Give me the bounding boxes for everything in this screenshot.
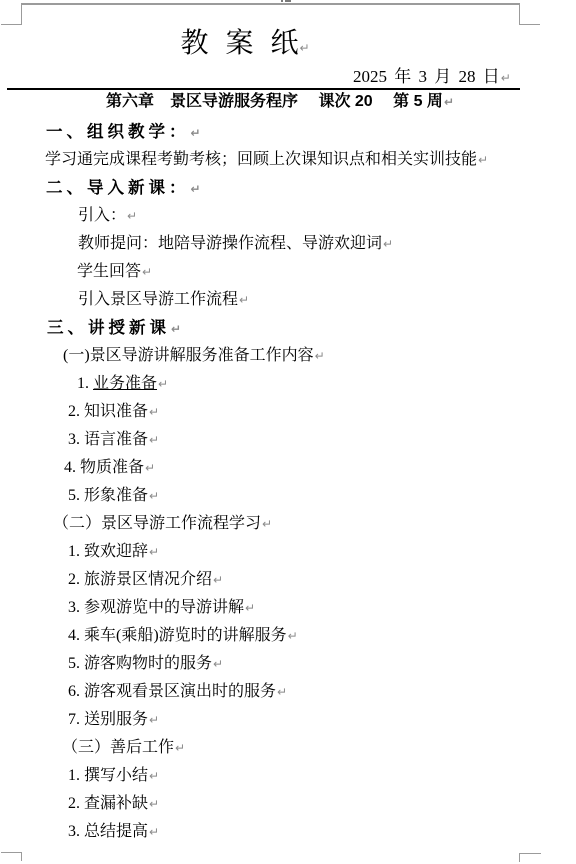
body-line[interactable]: 4. 乘车(乘船)游览时的讲解服务↵ — [0, 622, 576, 650]
body-line[interactable]: 1. 撰写小结↵ — [0, 762, 576, 790]
paragraph-mark-icon: ↵ — [444, 95, 454, 109]
body-line[interactable]: 3. 语言准备↵ — [0, 426, 576, 454]
body-line-text: 3. 参观游览中的导游讲解 — [68, 599, 244, 616]
paragraph-mark-icon: ↵ — [315, 349, 325, 363]
document-page: 教 案 纸↵ 2025 年 3 月 28 日↵ 第六章 景区导游服务程序 课次 … — [0, 0, 576, 864]
text-boundary-corner-bottom-left — [1, 852, 22, 861]
body-line-text: 4. 物质准备 — [64, 459, 144, 476]
paragraph-mark-icon: ↵ — [478, 153, 488, 167]
body-line[interactable]: 引入：↵ — [0, 202, 576, 230]
page-top-artifact — [285, 0, 291, 2]
paragraph-mark-icon: ↵ — [175, 741, 185, 755]
body-line[interactable]: 7. 送别服务↵ — [0, 706, 576, 734]
paragraph-mark-icon: ↵ — [149, 825, 159, 839]
body-line[interactable]: 学习通完成课程考勤考核；回顾上次课知识点和相关实训技能↵ — [0, 146, 576, 174]
body-line[interactable]: 5. 形象准备↵ — [0, 482, 576, 510]
body-line[interactable]: 三、讲授新课↵ — [0, 314, 576, 342]
paragraph-mark-icon: ↵ — [149, 769, 159, 783]
paragraph-mark-icon: ↵ — [171, 322, 181, 336]
body-line-text: 7. 送别服务 — [68, 711, 148, 728]
paragraph-mark-icon: ↵ — [299, 41, 309, 55]
text-boundary-corner-top-left — [1, 3, 22, 25]
body-line-text: 2. 旅游景区情况介绍 — [68, 571, 212, 588]
body-line-text: 引入： — [78, 207, 126, 224]
body-line[interactable]: 2. 知识准备↵ — [0, 398, 576, 426]
header-rule — [7, 88, 520, 90]
body-line[interactable]: 3. 参观游览中的导游讲解↵ — [0, 594, 576, 622]
body-line[interactable]: 二、导入新课：↵ — [0, 174, 576, 202]
body-line-text: 学习通完成课程考勤考核；回顾上次课知识点和相关实训技能 — [45, 151, 477, 168]
body-line[interactable]: （三）善后工作↵ — [0, 734, 576, 762]
paragraph-mark-icon: ↵ — [501, 71, 511, 85]
body-line-text: 2. 查漏补缺 — [68, 795, 148, 812]
body-line-text: 一、组织教学： — [46, 123, 190, 141]
paragraph-mark-icon: ↵ — [213, 657, 223, 671]
body-line-text: 教师提问：地陪导游操作流程、导游欢迎词 — [78, 235, 382, 252]
paragraph-mark-icon: ↵ — [149, 489, 159, 503]
paragraph-mark-icon: ↵ — [142, 265, 152, 279]
body-line[interactable]: 6. 游客观看景区演出时的服务↵ — [0, 678, 576, 706]
body-line[interactable]: 1. 致欢迎辞↵ — [0, 538, 576, 566]
body-line[interactable]: 引入景区导游工作流程↵ — [0, 286, 576, 314]
body-line-text: 三、讲授新课 — [47, 319, 170, 337]
body-line-text: (一)景区导游讲解服务准备工作内容 — [63, 347, 314, 364]
paragraph-mark-icon: ↵ — [191, 182, 201, 196]
body-line[interactable]: （二）景区导游工作流程学习↵ — [0, 510, 576, 538]
body-line[interactable]: 1. 业务准备↵ — [0, 370, 576, 398]
body-line-text: 3. 总结提高 — [68, 823, 148, 840]
body-line[interactable]: 一、组织教学：↵ — [0, 118, 576, 146]
paragraph-mark-icon: ↵ — [145, 461, 155, 475]
body-line[interactable]: 教师提问：地陪导游操作流程、导游欢迎词↵ — [0, 230, 576, 258]
text-boundary-corner-top-right — [519, 3, 540, 25]
body-line-text: （二）景区导游工作流程学习 — [53, 515, 261, 532]
paragraph-mark-icon: ↵ — [277, 685, 287, 699]
body-line-text: 2. 知识准备 — [68, 403, 148, 420]
paragraph-mark-icon: ↵ — [245, 601, 255, 615]
body-line-text: 1. 致欢迎辞 — [68, 543, 148, 560]
paragraph-mark-icon: ↵ — [149, 433, 159, 447]
paragraph-mark-icon: ↵ — [383, 237, 393, 251]
paragraph-mark-icon: ↵ — [149, 713, 159, 727]
body-line-text: （三）善后工作 — [62, 739, 174, 756]
body-line-text: 二、导入新课： — [46, 179, 190, 197]
document-body: 一、组织教学：↵学习通完成课程考勤考核；回顾上次课知识点和相关实训技能↵二、导入… — [0, 118, 576, 846]
paragraph-mark-icon: ↵ — [158, 377, 168, 391]
body-line[interactable]: 2. 查漏补缺↵ — [0, 790, 576, 818]
body-line-text: 3. 语言准备 — [68, 431, 148, 448]
paragraph-mark-icon: ↵ — [127, 209, 137, 223]
body-line-underlined-text: 业务准备 — [93, 375, 157, 392]
date-line[interactable]: 2025 年 3 月 28 日↵ — [353, 66, 511, 89]
body-line-text: 6. 游客观看景区演出时的服务 — [68, 683, 276, 700]
paragraph-mark-icon: ↵ — [191, 126, 201, 140]
body-line-text: 5. 形象准备 — [68, 487, 148, 504]
body-line-text: 4. 乘车(乘船)游览时的讲解服务 — [68, 627, 287, 644]
text-boundary-top-line — [21, 3, 519, 5]
text-boundary-corner-bottom-right — [519, 853, 541, 862]
paragraph-mark-icon: ↵ — [239, 293, 249, 307]
chapter-heading[interactable]: 第六章 景区导游服务程序 课次 20 第 5 周↵ — [0, 92, 560, 112]
document-title[interactable]: 教 案 纸↵ — [0, 27, 490, 65]
body-line-text: 5. 游客购物时的服务 — [68, 655, 212, 672]
body-line[interactable]: 2. 旅游景区情况介绍↵ — [0, 566, 576, 594]
body-line-text: 引入景区导游工作流程 — [78, 291, 238, 308]
body-line[interactable]: 5. 游客购物时的服务↵ — [0, 650, 576, 678]
paragraph-mark-icon: ↵ — [262, 517, 272, 531]
paragraph-mark-icon: ↵ — [149, 405, 159, 419]
body-line-text: 学生回答 — [77, 263, 141, 280]
paragraph-mark-icon: ↵ — [149, 545, 159, 559]
body-line[interactable]: 4. 物质准备↵ — [0, 454, 576, 482]
body-line-text: 1. — [77, 375, 93, 392]
paragraph-mark-icon: ↵ — [213, 573, 223, 587]
body-line[interactable]: 学生回答↵ — [0, 258, 576, 286]
paragraph-mark-icon: ↵ — [288, 629, 298, 643]
body-line[interactable]: (一)景区导游讲解服务准备工作内容↵ — [0, 342, 576, 370]
page-top-artifact — [281, 0, 283, 2]
body-line-text: 1. 撰写小结 — [68, 767, 148, 784]
paragraph-mark-icon: ↵ — [149, 797, 159, 811]
body-line[interactable]: 3. 总结提高↵ — [0, 818, 576, 846]
